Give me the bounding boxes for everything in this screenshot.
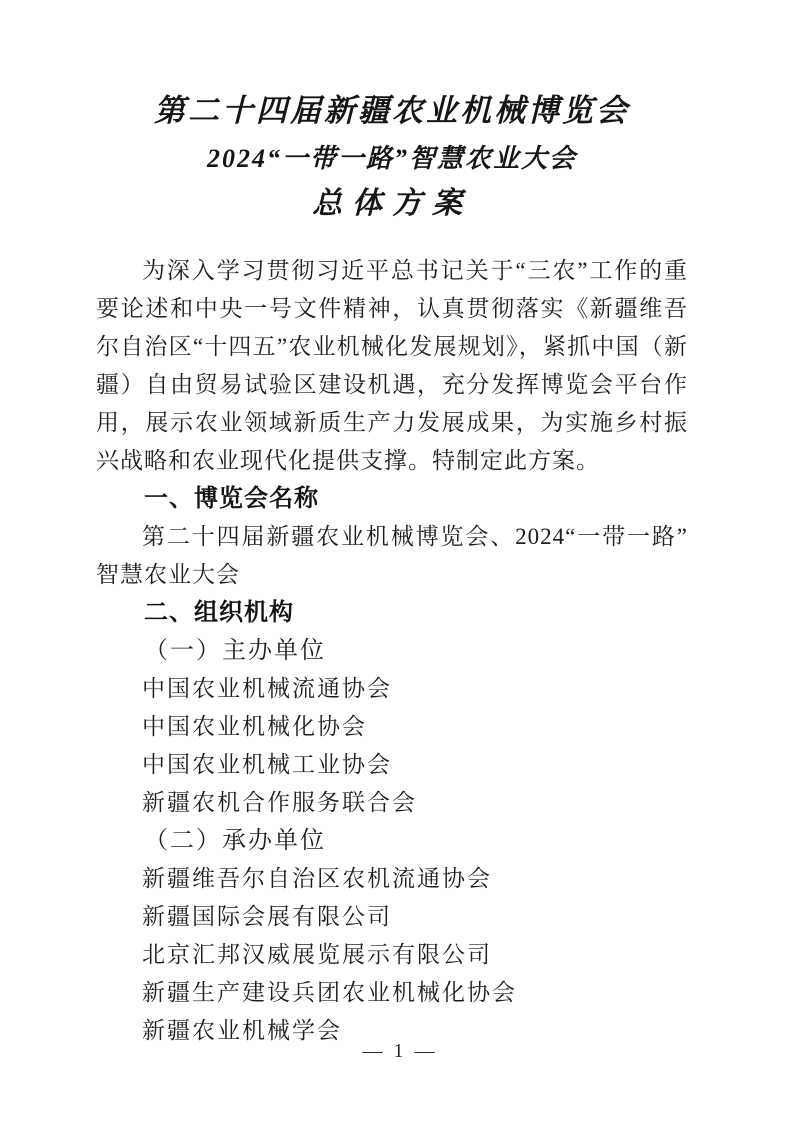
organizer-item: 中国农业机械流通协会 bbox=[96, 670, 688, 708]
undertaker-item: 新疆生产建设兵团农业机械化协会 bbox=[96, 974, 688, 1012]
document-title-line1: 第二十四届新疆农业机械博览会 bbox=[96, 86, 688, 136]
section-1-heading: 一、博览会名称 bbox=[96, 480, 688, 518]
undertaker-item: 新疆维吾尔自治区农机流通协会 bbox=[96, 860, 688, 898]
organizer-item: 中国农业机械工业协会 bbox=[96, 746, 688, 784]
subsection-organizer-heading: （一）主办单位 bbox=[96, 632, 688, 670]
organizer-item: 新疆农机合作服务联合会 bbox=[96, 784, 688, 822]
page-number: — 1 — bbox=[0, 1040, 800, 1063]
subsection-undertaker-heading: （二）承办单位 bbox=[96, 822, 688, 860]
organizer-item: 中国农业机械化协会 bbox=[96, 708, 688, 746]
document-page: 第二十四届新疆农业机械博览会 2024“一带一路”智慧农业大会 总体方案 为深入… bbox=[0, 0, 800, 1131]
section-2-heading: 二、组织机构 bbox=[96, 594, 688, 632]
section-1-content: 第二十四届新疆农业机械博览会、2024“一带一路”智慧农业大会 bbox=[96, 518, 688, 594]
document-title-line2: 2024“一带一路”智慧农业大会 bbox=[96, 136, 688, 181]
undertaker-item: 北京汇邦汉威展览展示有限公司 bbox=[96, 936, 688, 974]
intro-paragraph: 为深入学习贯彻习近平总书记关于“三农”工作的重要论述和中央一号文件精神，认真贯彻… bbox=[96, 252, 688, 480]
document-content: 第二十四届新疆农业机械博览会 2024“一带一路”智慧农业大会 总体方案 为深入… bbox=[0, 0, 800, 1050]
document-title-line3: 总体方案 bbox=[96, 181, 688, 226]
undertaker-item: 新疆国际会展有限公司 bbox=[96, 898, 688, 936]
